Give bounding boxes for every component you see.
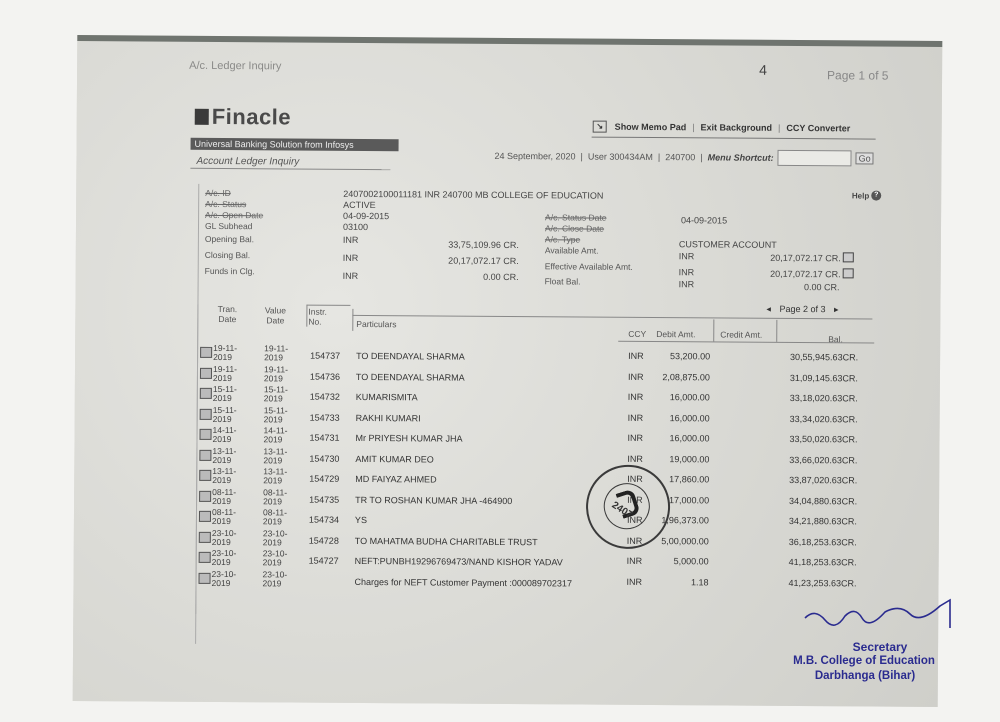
separator: |	[658, 152, 660, 162]
exit-background-link[interactable]: Exit Background	[701, 122, 773, 132]
expand-icon[interactable]	[843, 268, 854, 278]
value-date: 19-11-2019	[264, 365, 308, 383]
menu-shortcut-label: Menu Shortcut:	[708, 152, 774, 162]
calendar-icon[interactable]	[199, 490, 211, 501]
label-closing-bal: Closing Bal.	[205, 250, 250, 260]
label-ac-status-date: A/c. Status Date	[545, 212, 606, 222]
particulars: RAKHI KUMARI	[356, 412, 421, 422]
menu-shortcut-input[interactable]	[778, 150, 852, 167]
particulars: TO MAHATMA BUDHA CHARITABLE TRUST	[355, 535, 538, 546]
col-particulars: Particulars	[356, 319, 396, 329]
tran-date: 13-11-2019	[212, 446, 256, 464]
ledger-table: Tran. Date Value Date Instr. No. Particu…	[195, 304, 874, 649]
calendar-icon[interactable]	[200, 367, 212, 378]
calendar-icon[interactable]	[199, 511, 211, 522]
tran-date: 23-10-2019	[212, 549, 256, 567]
tran-date: 19-11-2019	[213, 364, 257, 382]
value-date: 23-10-2019	[263, 549, 307, 567]
header-divider	[776, 320, 777, 342]
particulars: MD FAIYAZ AHMED	[355, 474, 436, 485]
tran-date: 19-11-2019	[213, 344, 257, 362]
instr-no: 154732	[310, 392, 340, 402]
balance: 33,66,020.63CR.	[757, 454, 857, 465]
opening-bal-ccy: INR	[343, 235, 359, 245]
instr-no: 154731	[309, 433, 339, 443]
user-id: User 300434AM	[588, 152, 653, 162]
header-divider	[352, 309, 353, 331]
calendar-icon[interactable]	[200, 347, 212, 358]
balance: 34,04,880.63CR.	[757, 495, 857, 506]
ac-status-date-value: 04-09-2015	[681, 215, 727, 225]
debit-amount: 16,000.00	[630, 392, 710, 403]
label-float-bal: Float Bal.	[545, 276, 581, 286]
particulars: TO DEENDAYAL SHARMA	[356, 351, 465, 362]
separator: |	[692, 122, 694, 132]
col-ccy: CCY	[628, 329, 646, 339]
top-toolbar: ↘ Show Memo Pad | Exit Background | CCY …	[593, 121, 851, 135]
particulars: TR TO ROSHAN KUMAR JHA -464900	[355, 494, 512, 505]
show-memo-pad-link[interactable]: Show Memo Pad	[615, 122, 687, 132]
label-gl-subhead: GL Subhead	[205, 221, 252, 231]
calendar-icon[interactable]	[200, 429, 212, 440]
balance: 33,34,020.63CR.	[758, 413, 858, 424]
instr-no: 154730	[309, 453, 339, 463]
signatory-place: Darbhanga (Bihar)	[800, 670, 930, 682]
signatory-title: Secretary	[840, 640, 920, 654]
value-date: 08-11-2019	[263, 488, 307, 506]
balance: 41,23,253.63CR.	[756, 577, 856, 588]
instr-no: 154727	[309, 556, 339, 566]
particulars: Charges for NEFT Customer Payment :00008…	[354, 576, 572, 588]
label-effective-available-amt: Effective Available Amt.	[545, 261, 633, 272]
ccy-converter-link[interactable]: CCY Converter	[786, 123, 850, 133]
calendar-icon[interactable]	[199, 552, 211, 563]
info-bar: 24 September, 2020 | User 300434AM | 240…	[494, 148, 873, 167]
tran-date: 08-11-2019	[212, 487, 256, 505]
go-button[interactable]: Go	[856, 152, 874, 164]
particulars: TO DEENDAYAL SHARMA	[356, 371, 465, 382]
available-amt-ccy: INR	[679, 251, 695, 261]
table-row[interactable]: 23-10-201923-10-2019Charges for NEFT Cus…	[196, 569, 872, 596]
signature-scribble	[800, 598, 960, 638]
calendar-icon[interactable]	[199, 572, 211, 583]
value-date: 23-10-2019	[262, 570, 306, 588]
calendar-icon[interactable]	[199, 470, 211, 481]
gl-subhead-value: 03100	[343, 222, 368, 232]
particulars: KUMARISMITA	[356, 392, 418, 402]
balance: 33,18,020.63CR.	[758, 393, 858, 404]
opening-bal-value: 33,75,109.96 CR.	[419, 239, 519, 250]
closing-bal-value: 20,17,072.17 CR.	[419, 255, 519, 266]
available-amt-value: 20,17,072.17 CR.	[754, 252, 854, 264]
particulars: AMIT KUMAR DEO	[355, 453, 433, 464]
separator: |	[700, 152, 702, 162]
tran-date: 08-11-2019	[212, 508, 256, 526]
debit-amount: 16,000.00	[630, 433, 710, 444]
closing-bal-ccy: INR	[343, 253, 359, 263]
calendar-icon[interactable]	[200, 408, 212, 419]
value-date: 08-11-2019	[263, 508, 307, 526]
tran-date: 15-11-2019	[213, 385, 257, 403]
label-ac-status: A/c. Status	[205, 199, 246, 209]
header-line	[352, 315, 872, 320]
tran-date: 13-11-2019	[212, 467, 256, 485]
balance: 30,55,945.63CR.	[758, 352, 858, 363]
current-date: 24 September, 2020	[494, 151, 575, 162]
value-date: 19-11-2019	[264, 344, 308, 362]
separator: |	[778, 123, 780, 133]
header-divider	[306, 305, 307, 327]
effective-available-amt-text: 20,17,072.17 CR.	[770, 269, 841, 279]
col-tran-date: Tran. Date	[212, 304, 242, 324]
particulars: NEFT:PUNBH19296769473/NAND KISHOR YADAV	[355, 556, 563, 567]
ac-open-date-value: 04-09-2015	[343, 211, 389, 221]
finacle-logo: Finacle	[195, 104, 291, 131]
balance: 31,09,145.63CR.	[758, 372, 858, 383]
col-credit: Credit Amt.	[720, 329, 762, 339]
header-divider	[190, 168, 390, 170]
help-label: Help	[852, 191, 869, 200]
instr-no: 154729	[309, 474, 339, 484]
debit-amount: 53,200.00	[630, 351, 710, 362]
col-value-date: Value Date	[260, 305, 290, 325]
ac-id-value: 2407002100011181 INR 240700 MB COLLEGE O…	[343, 189, 603, 201]
value-date: 15-11-2019	[264, 406, 308, 424]
debit-amount: 1.18	[628, 576, 708, 587]
label-ac-type: A/c. Type	[545, 234, 580, 244]
brand-tagline: Universal Banking Solution from Infosys	[191, 138, 399, 151]
balance: 34,21,880.63CR.	[757, 516, 857, 527]
instr-no: 154736	[310, 371, 340, 381]
effective-available-amt-ccy: INR	[679, 267, 695, 277]
screen-title: Account Ledger Inquiry	[196, 156, 299, 168]
particulars: Mr PRIYESH KUMAR JHA	[355, 433, 462, 444]
ac-status-value: ACTIVE	[343, 200, 376, 210]
balance: 33,87,020.63CR.	[757, 475, 857, 486]
col-instr-no: Instr. No.	[308, 307, 338, 327]
col-debit: Debit Amt.	[656, 329, 695, 339]
instr-no: 154733	[310, 412, 340, 422]
print-page-indicator: Page 1 of 5	[827, 68, 888, 82]
debit-amount: 19,000.00	[629, 453, 709, 464]
toolbar-underline	[592, 137, 876, 140]
debit-amount: 2,08,875.00	[630, 371, 710, 382]
logo-text: Finacle	[212, 104, 291, 130]
instr-no: 154734	[309, 515, 339, 525]
calendar-icon[interactable]	[199, 531, 211, 542]
funds-in-clg-value: 0.00 CR.	[419, 271, 519, 282]
label-funds-in-clg: Funds in Clg.	[205, 266, 255, 276]
tran-date: 23-10-2019	[211, 569, 255, 587]
header-divider	[713, 319, 714, 341]
expand-icon[interactable]	[843, 252, 854, 262]
value-date: 13-11-2019	[263, 447, 307, 465]
tran-date: 23-10-2019	[212, 528, 256, 546]
instr-no: 154737	[310, 351, 340, 361]
help-icon: ?	[871, 191, 881, 201]
calendar-icon[interactable]	[200, 388, 212, 399]
particulars: YS	[355, 515, 367, 525]
debit-amount: 16,000.00	[630, 412, 710, 423]
value-date: 14-11-2019	[263, 426, 307, 444]
value-date: 23-10-2019	[263, 529, 307, 547]
ac-type-value: CUSTOMER ACCOUNT	[679, 239, 777, 250]
tran-date: 15-11-2019	[213, 405, 257, 423]
effective-available-amt-value: 20,17,072.17 CR.	[754, 268, 854, 280]
available-amt-text: 20,17,072.17 CR.	[770, 253, 841, 263]
label-ac-close-date: A/c. Close Date	[545, 223, 604, 233]
label-opening-bal: Opening Bal.	[205, 234, 254, 244]
value-date: 13-11-2019	[263, 467, 307, 485]
signatory-org: M.B. College of Education	[784, 655, 944, 667]
debit-amount: 5,000.00	[629, 556, 709, 567]
value-date: 15-11-2019	[264, 385, 308, 403]
balance: 33,50,020.63CR.	[757, 434, 857, 445]
instr-no: 154735	[309, 494, 339, 504]
memo-pad-icon[interactable]: ↘	[593, 121, 607, 133]
float-bal-value: 0.00 CR.	[754, 282, 840, 293]
label-available-amt: Available Amt.	[545, 245, 599, 255]
label-ac-open-date: A/c. Open Date	[205, 210, 263, 220]
funds-in-clg-ccy: INR	[343, 271, 359, 281]
help-link[interactable]: Help?	[852, 190, 881, 200]
calendar-icon[interactable]	[199, 449, 211, 460]
balance: 36,18,253.63CR.	[757, 536, 857, 547]
float-bal-ccy: INR	[679, 279, 695, 289]
balance: 41,18,253.63CR.	[757, 557, 857, 568]
sol-id: 240700	[665, 152, 695, 162]
label-ac-id: A/c. ID	[205, 188, 231, 198]
separator: |	[581, 152, 583, 162]
finacle-logo-icon	[195, 109, 209, 125]
instr-no: 154728	[309, 535, 339, 545]
tran-date: 14-11-2019	[212, 426, 256, 444]
handwritten-mark: 4	[759, 62, 767, 78]
window-title: A/c. Ledger Inquiry	[189, 60, 281, 73]
